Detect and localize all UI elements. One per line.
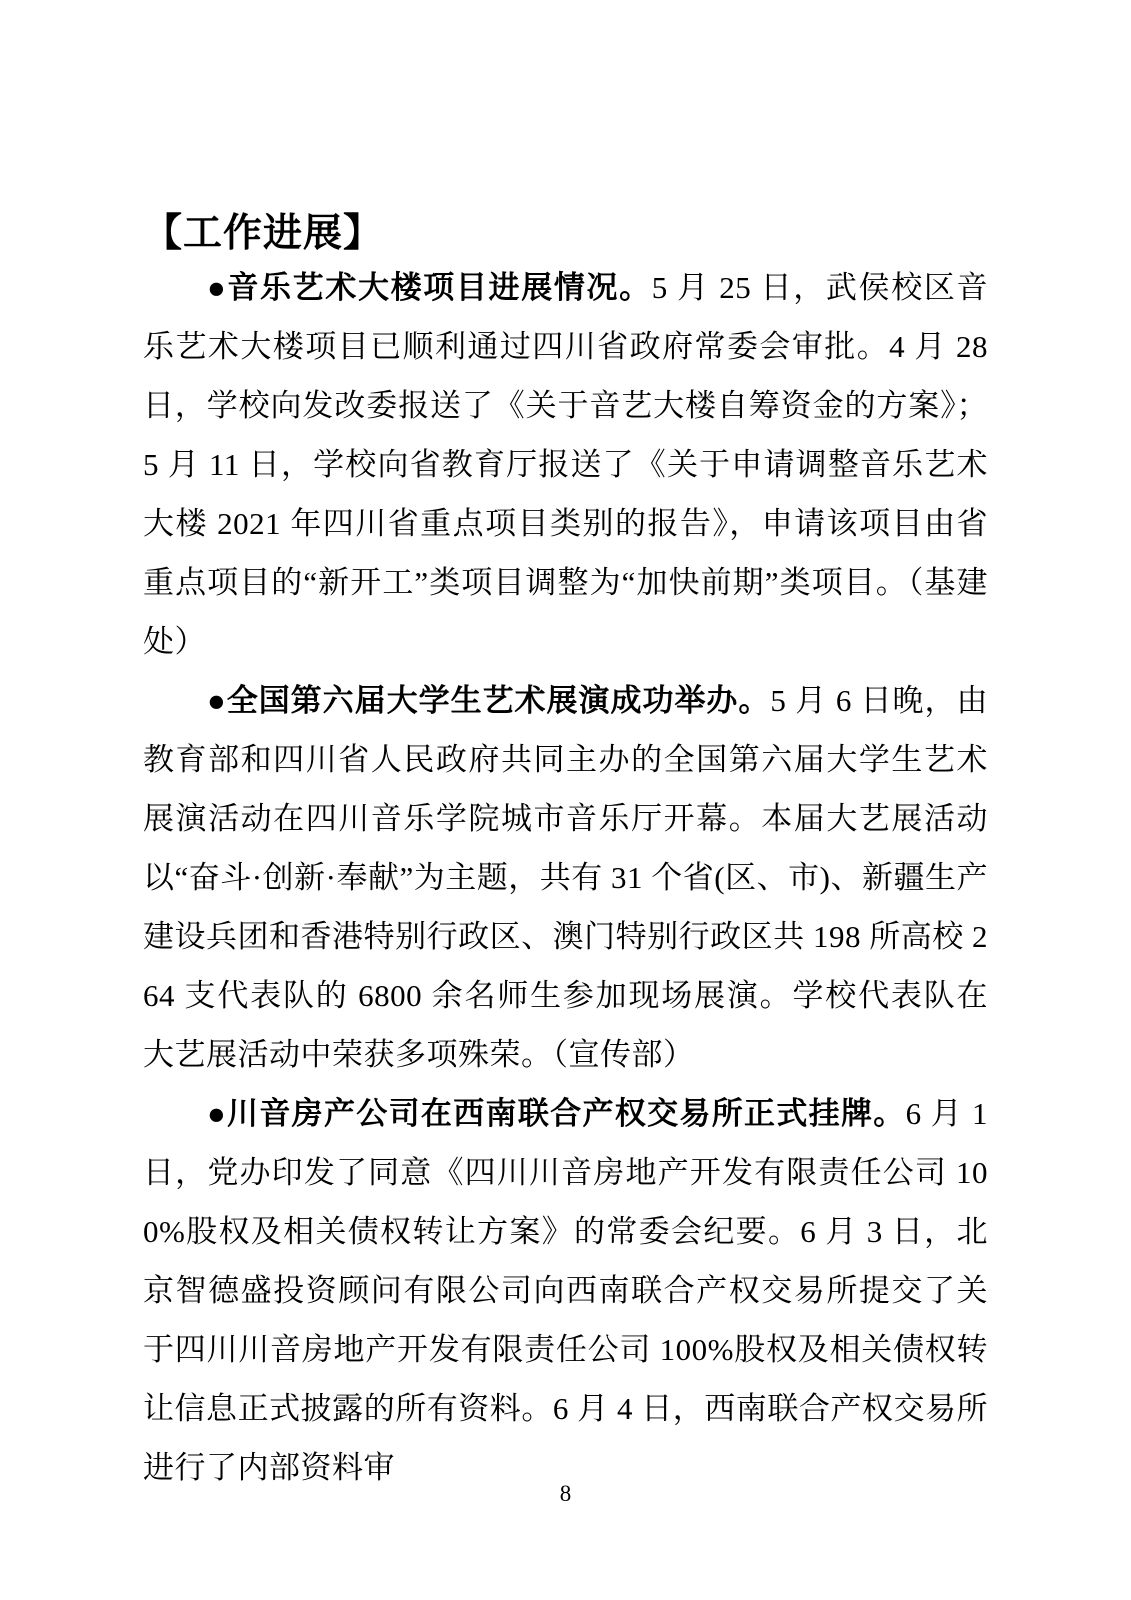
bullet-icon: ● [207, 1096, 227, 1131]
paragraph-body: 5 月 25 日，武侯校区音乐艺术大楼项目已顺利通过四川省政府常委会审批。4 月… [143, 270, 988, 659]
page-content: 【工作进展】 ●音乐艺术大楼项目进展情况。5 月 25 日，武侯校区音乐艺术大楼… [143, 210, 988, 1497]
paragraph-lead: 全国第六届大学生艺术展演成功举办。 [227, 683, 771, 718]
paragraph: ●川音房产公司在西南联合产权交易所正式挂牌。6 月 1 日，党办印发了同意《四川… [143, 1084, 988, 1497]
paragraph-body: 5 月 6 日晚，由教育部和四川省人民政府共同主办的全国第六届大学生艺术展演活动… [143, 683, 988, 1072]
section-title: 【工作进展】 [143, 210, 988, 258]
bullet-icon: ● [207, 683, 227, 718]
document-page: 【工作进展】 ●音乐艺术大楼项目进展情况。5 月 25 日，武侯校区音乐艺术大楼… [0, 0, 1131, 1600]
paragraph-body: 6 月 1 日，党办印发了同意《四川川音房地产开发有限责任公司 100%股权及相… [143, 1096, 988, 1485]
paragraph: ●全国第六届大学生艺术展演成功举办。5 月 6 日晚，由教育部和四川省人民政府共… [143, 671, 988, 1084]
paragraph-lead: 川音房产公司在西南联合产权交易所正式挂牌。 [227, 1096, 906, 1131]
paragraph-lead: 音乐艺术大楼项目进展情况。 [227, 270, 651, 305]
paragraph: ●音乐艺术大楼项目进展情况。5 月 25 日，武侯校区音乐艺术大楼项目已顺利通过… [143, 258, 988, 671]
bullet-icon: ● [207, 270, 227, 305]
page-number: 8 [0, 1480, 1131, 1508]
